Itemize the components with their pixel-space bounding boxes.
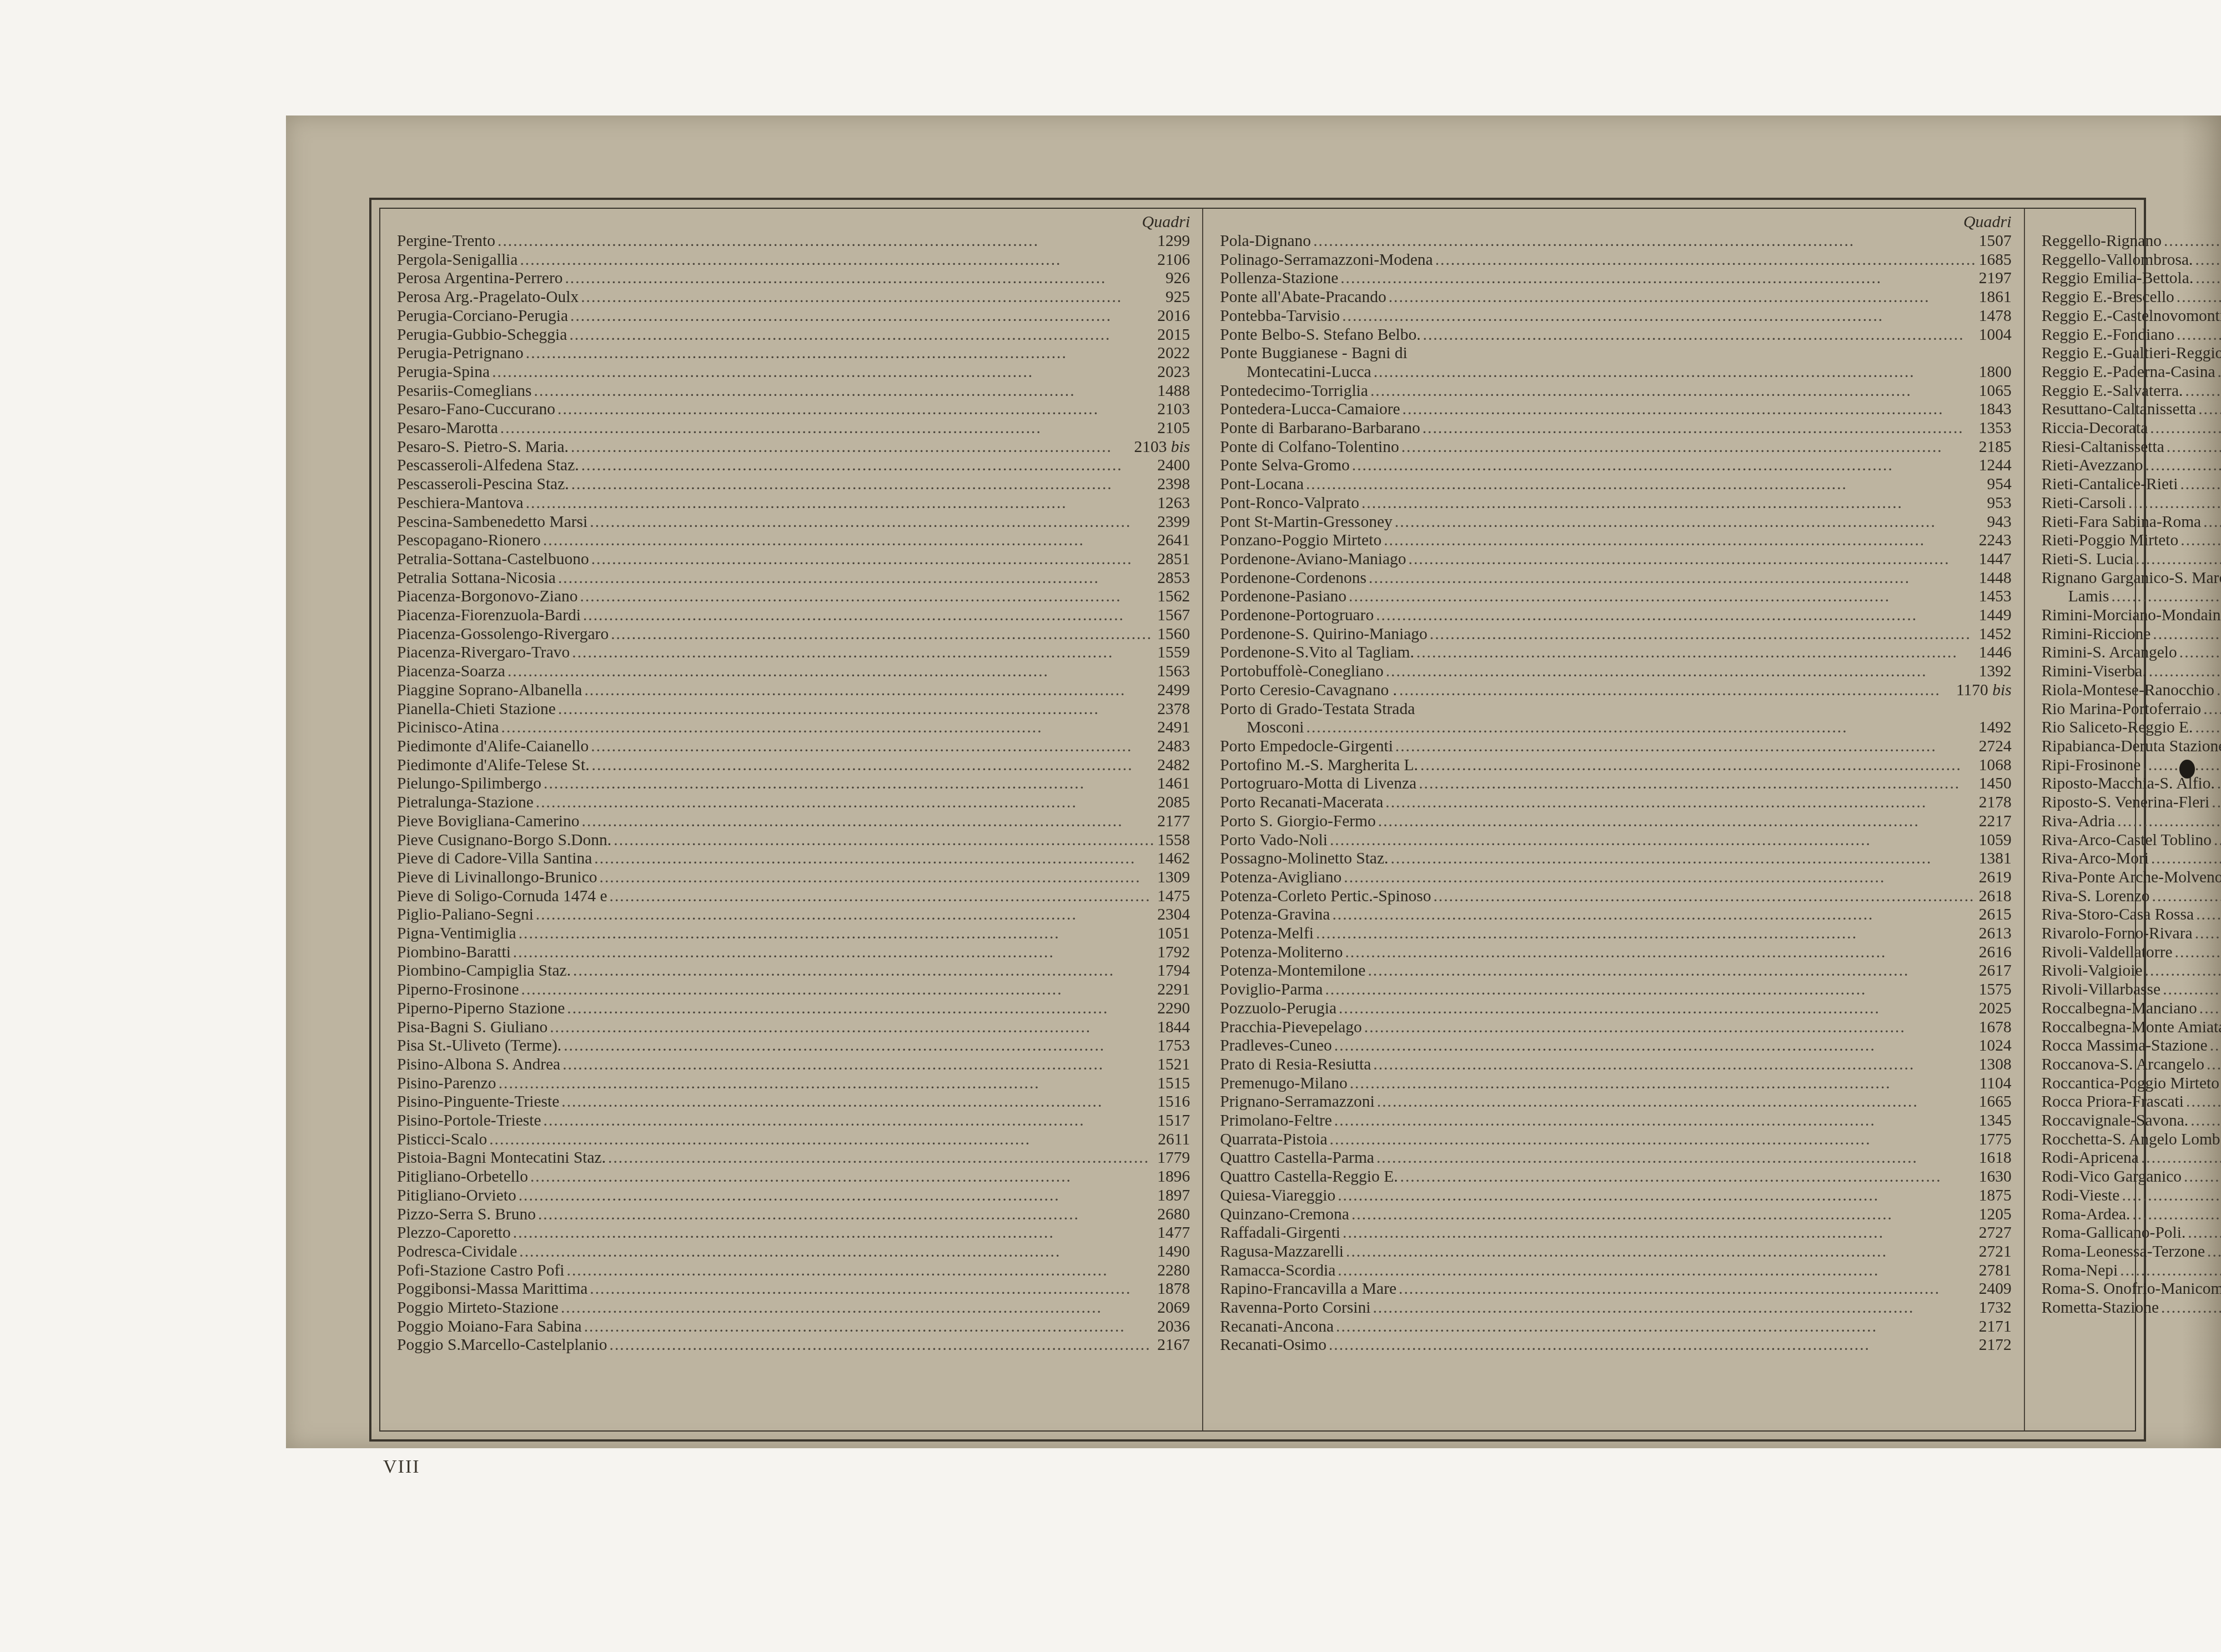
index-column-3: QuadriReggello-Rignano1773Reggello-Vallo… (2024, 209, 2221, 1430)
entry-name: Perugia-Gubbio-Scheggia (397, 326, 567, 345)
index-entry: Roccavignale-Savona.1059 (2042, 1112, 2221, 1131)
dot-leader (580, 588, 1155, 606)
entry-name: Pollenza-Stazione (1220, 269, 1338, 288)
index-entry: Potenza-Moliterno2616 (1220, 943, 2014, 962)
entry-name: Reggio E.-Salvaterra. (2042, 382, 2183, 401)
dot-leader (2188, 1224, 2221, 1243)
index-column-1: QuadriPergine-Trento1299Pergola-Senigall… (380, 209, 1202, 1430)
index-entry: Roma-Ardea.2248 (2042, 1206, 2221, 1224)
index-entry: Rieti-Carsoli2079 (2042, 494, 2221, 513)
entry-name: Reggio E.-Brescello (2042, 288, 2174, 307)
entry-name: Perugia-Corciano-Perugia (397, 307, 568, 326)
dot-leader (2117, 812, 2221, 831)
table-number: 2491 (1157, 719, 1193, 737)
dot-leader (608, 1149, 1155, 1168)
dot-leader (2203, 700, 2221, 719)
dot-leader (2149, 662, 2221, 681)
entry-name: Porto Ceresio-Cavagnano . (1220, 681, 1397, 700)
dot-leader (573, 962, 1155, 981)
index-entry: Rieti-S. Lucia2075 (2042, 550, 2221, 569)
entry-name: Picinisco-Atina (397, 719, 499, 737)
index-entry: Pieve di Soligo-Cornuda 1474 e1475 (397, 887, 1193, 906)
table-number: 2781 (1979, 1262, 2015, 1281)
dot-leader (2179, 644, 2221, 662)
table-number: 1004 (1979, 326, 2015, 345)
index-entry: Reggio E.-Salvaterra.1632 bis (2042, 382, 2221, 401)
table-number: 1051 (1157, 925, 1193, 943)
index-entry: Pont-Locana954 (1220, 475, 2014, 494)
table-number: 1263 (1157, 494, 1193, 513)
index-entry: Pizzo-Serra S. Bruno2680 (397, 1206, 1193, 1224)
table-number: 1567 (1157, 606, 1193, 625)
index-entry: Rieti-Avezzano2078 (2042, 456, 2221, 475)
dot-leader (2128, 494, 2221, 513)
entry-name: Pordenone-Cordenons (1220, 569, 1366, 588)
entry-name: Ponte Buggianese - Bagni di (1220, 344, 1408, 363)
index-entry: Poggio Moiano-Fara Sabina2036 (397, 1318, 1193, 1337)
dot-leader (561, 1093, 1155, 1112)
index-entry: Potenza-Avigliano2619 (1220, 868, 2014, 887)
dot-leader (1395, 737, 1977, 756)
entry-name: Rocchetta-S. Angelo Lomb. (2042, 1131, 2221, 1149)
table-number: 1678 (1979, 1018, 2015, 1037)
entry-name: Mosconi (1247, 719, 1304, 737)
dot-leader (583, 606, 1155, 625)
entry-name: Riesi-Caltanissetta (2042, 438, 2164, 457)
dot-leader (1332, 906, 1976, 925)
entry-name: Recanati-Osimo (1220, 1336, 1326, 1355)
table-number: 2499 (1157, 681, 1193, 700)
dot-leader (2184, 1168, 2221, 1187)
index-entry: Piacenza-Soarza1563 (397, 662, 1193, 681)
dot-leader (1376, 1149, 1977, 1168)
entry-name: Pola-Dignano (1220, 232, 1311, 251)
entry-name: Perosa Arg.-Pragelato-Oulx (397, 288, 579, 307)
dot-leader (519, 925, 1155, 943)
dot-leader (2163, 981, 2221, 1000)
index-entry: Piacenza-Borgonovo-Ziano1562 (397, 588, 1193, 606)
entry-name: Pesaro-S. Pietro-S. Maria. (397, 438, 569, 457)
entry-name: Riva-Ponte Arche-Molveno (2042, 868, 2221, 887)
dot-leader (513, 1224, 1155, 1243)
index-entry: Resuttano-Caltanissetta2791 (2042, 400, 2221, 419)
table-number: 1521 (1157, 1056, 1193, 1074)
index-entry: Porto Empedocle-Girgenti2724 (1220, 737, 2014, 756)
dot-leader (2185, 382, 2221, 401)
entry-name: Pielungo-Spilimbergo (397, 775, 541, 794)
dot-leader (584, 681, 1155, 700)
dot-leader (594, 850, 1155, 868)
index-entry: Pietralunga-Stazione2085 (397, 794, 1193, 812)
entry-name: Quattro Castella-Reggio E. (1220, 1168, 1398, 1187)
dot-leader (1334, 1037, 1977, 1056)
entry-name: Ripabianca-Deruta Stazione (2042, 737, 2221, 756)
dot-leader (1342, 307, 1977, 326)
entry-name: Roccantica-Poggio Mirteto (2042, 1074, 2219, 1093)
entry-name: Reggello-Vallombrosa. (2042, 251, 2193, 270)
entry-name: Rieti-Poggio Mirteto (2042, 531, 2179, 550)
index-entry: Reggio E.-Brescello1624 (2042, 288, 2221, 307)
table-number: 1794 (1157, 962, 1193, 981)
table-number: 2172 (1979, 1336, 2015, 1355)
index-entry: Reggio E.-Paderna-Casina1622 (2042, 363, 2221, 382)
table-number: 1875 (1979, 1187, 2015, 1206)
index-entry: Pordenone-Aviano-Maniago1447 (1220, 550, 2014, 569)
dot-leader (1339, 1000, 1977, 1018)
table-number: 2398 (1157, 475, 1193, 494)
index-entry: Riva-Storo-Casa Rossa1334 (2042, 906, 2221, 925)
index-entry: Quinzano-Cremona1205 (1220, 1206, 2014, 1224)
entry-name: Rocca Massima-Stazione (2042, 1037, 2208, 1056)
table-number: 1392 (1979, 662, 2015, 681)
table-number: 1309 (1157, 868, 1193, 887)
index-entry: Pitigliano-Orbetello1896 (397, 1168, 1193, 1187)
entry-name: Roma-Ardea. (2042, 1206, 2130, 1224)
table-number: 1381 (1979, 850, 2015, 868)
index-entry: Prato di Resia-Resiutta1308 (1220, 1056, 2014, 1074)
index-entry: Quiesa-Viareggio1875 (1220, 1187, 2014, 1206)
table-number: 1299 (1157, 232, 1193, 251)
dot-leader (1349, 588, 1977, 606)
dot-leader (1374, 363, 1977, 382)
index-entry: Perugia-Gubbio-Scheggia2015 (397, 326, 1193, 345)
entry-name: Roccalbegna-Monte Amiata (2042, 1018, 2221, 1037)
index-entry: Pisino-Portole-Trieste1517 (397, 1112, 1193, 1131)
entry-name: Poggio Moiano-Fara Sabina (397, 1318, 582, 1337)
entry-name: Piperno-Piperno Stazione (397, 1000, 565, 1018)
table-number: 2615 (1979, 906, 2015, 925)
index-entry: Pieve di Cadore-Villa Santina1462 (397, 850, 1193, 868)
dot-leader (1395, 513, 1985, 532)
dot-leader (2190, 1112, 2221, 1131)
table-number: 2680 (1157, 1206, 1193, 1224)
table-number: 1844 (1157, 1018, 1193, 1037)
dot-leader (1330, 1131, 1977, 1149)
dot-leader (550, 1018, 1155, 1037)
dot-leader (2207, 1056, 2221, 1074)
index-entry: Pisticci-Scalo2611 (397, 1131, 1193, 1149)
index-entry: Portofino M.-S. Margherita L.1068 (1220, 756, 2014, 775)
dot-leader (526, 344, 1155, 363)
table-number: 2015 (1157, 326, 1193, 345)
index-entry: Primolano-Feltre1345 (1220, 1112, 2014, 1131)
index-entry: Pianella-Chieti Stazione2378 (397, 700, 1193, 719)
dot-leader (1433, 887, 1976, 906)
entry-name: Rivoli-Valgioie (2042, 962, 2143, 981)
dot-leader (610, 887, 1155, 906)
index-entry: Piperno-Piperno Stazione2290 (397, 1000, 1193, 1018)
dot-leader (507, 662, 1155, 681)
index-entry: Pieve di Livinallongo-Brunico1309 (397, 868, 1193, 887)
entry-name: Rimini-S. Arcangelo (2042, 644, 2177, 662)
index-entry: Rignano Garganico-S. Marco inLamis2552 (2042, 569, 2221, 606)
index-entry: Pollenza-Stazione2197 (1220, 269, 2014, 288)
entry-name: Reggio E.-Paderna-Casina (2042, 363, 2215, 382)
table-number: 1450 (1979, 775, 2015, 794)
table-number: 1446 (1979, 644, 2015, 662)
dot-leader (1334, 1112, 1977, 1131)
entry-name: Piacenza-Rivergaro-Travo (397, 644, 570, 662)
entry-name: Pergola-Senigallia (397, 251, 517, 270)
table-number: 943 (1987, 513, 2014, 532)
entry-name: Perosa Argentina-Perrero (397, 269, 562, 288)
entry-name: Pianella-Chieti Stazione (397, 700, 556, 719)
entry-name: Riola-Montese-Ranocchio (2042, 681, 2214, 700)
entry-name: Possagno-Molinetto Staz. (1220, 850, 1388, 868)
dot-leader (1350, 1074, 1977, 1093)
entry-name: Pieve di Livinallongo-Brunico (397, 868, 597, 887)
dot-leader (2177, 326, 2221, 345)
index-entry: Podresca-Cividale1490 (397, 1243, 1193, 1262)
table-number: 1475 (1157, 887, 1193, 906)
table-number: 2727 (1979, 1224, 2015, 1243)
index-entry: Pordenone-S.Vito al Tagliam.1446 (1220, 644, 2014, 662)
index-entry: Pistoia-Bagni Montecatini Staz.1779 (397, 1149, 1193, 1168)
dot-leader (2217, 775, 2221, 794)
table-number: 1732 (1979, 1299, 2015, 1318)
entry-name: Piglio-Paliano-Segni (397, 906, 534, 925)
index-entry: Ramacca-Scordia2781 (1220, 1262, 2014, 1281)
table-number: 2724 (1979, 737, 2015, 756)
dot-leader (2195, 719, 2221, 737)
entry-name: Pesaro-Marotta (397, 419, 498, 438)
entry-name: Rodi-Apricena (2042, 1149, 2139, 1168)
entry-name: Pistoia-Bagni Montecatini Staz. (397, 1149, 606, 1168)
index-entry: Roccantica-Poggio Mirteto2068 (2042, 1074, 2221, 1093)
index-entry: Reggello-Rignano1773 (2042, 232, 2221, 251)
dot-leader (1343, 1224, 1977, 1243)
entry-name: Riva-Arco-Mori (2042, 850, 2149, 868)
table-number: 2378 (1157, 700, 1193, 719)
dot-leader (1373, 1056, 1976, 1074)
table-number: 2290 (1157, 1000, 1193, 1018)
table-number: 2482 (1157, 756, 1193, 775)
dot-leader (1377, 1093, 1977, 1112)
entry-name: Pontedera-Lucca-Camaiore (1220, 400, 1400, 419)
dot-leader (1370, 382, 1977, 401)
index-entry: Piacenza-Fiorenzuola-Bardi1567 (397, 606, 1193, 625)
entry-name: Potenza-Gravina (1220, 906, 1330, 925)
index-entry: Rieti-Poggio Mirteto2077 (2042, 531, 2221, 550)
index-entry: Pescasseroli-Alfedena Staz.2400 (397, 456, 1193, 475)
table-number: 1478 (1979, 307, 2015, 326)
index-entry: Picinisco-Atina2491 (397, 719, 1193, 737)
entry-name: Porto di Grado-Testata Strada (1220, 700, 1415, 719)
entry-name: Plezzo-Caporetto (397, 1224, 511, 1243)
index-entry: Rocca Massima-Stazione2308 (2042, 1037, 2221, 1056)
index-entry: Reggio E.-Castelnovomonti1642 (2042, 307, 2221, 326)
table-number: 1775 (1979, 1131, 2015, 1149)
index-entry: Riccia-Decorata2436 (2042, 419, 2221, 438)
entry-name: Pont St-Martin-Gressoney (1220, 513, 1393, 532)
bis-suffix: bis (1167, 438, 1190, 456)
dot-leader (2217, 681, 2221, 700)
dot-leader (1419, 775, 1976, 794)
entry-name: Pisticci-Scalo (397, 1131, 487, 1149)
dot-leader (520, 251, 1155, 270)
table-number: 1205 (1979, 1206, 2015, 1224)
index-entry: Perosa Arg.-Pragelato-Oulx925 (397, 288, 1193, 307)
entry-name: Ponte di Colfano-Tolentino (1220, 438, 1399, 457)
entry-name: Pietralunga-Stazione (397, 794, 534, 812)
index-entry: Ponte all'Abate-Pracando1861 (1220, 288, 2014, 307)
index-entry: Piperno-Frosinone2291 (397, 981, 1193, 1000)
dot-leader (1307, 719, 1977, 737)
index-entry: Perosa Argentina-Perrero926 (397, 269, 1193, 288)
entry-name: Ponte Belbo-S. Stefano Belbo. (1220, 326, 1420, 345)
index-table-frame: QuadriPergine-Trento1299Pergola-Senigall… (369, 198, 2146, 1442)
index-entry: Pescina-Sambenedetto Marsi2399 (397, 513, 1193, 532)
entry-name: Ponte Selva-Gromo (1220, 456, 1350, 475)
entry-name: Rio Saliceto-Reggio E. (2042, 719, 2193, 737)
index-column-2: QuadriPola-Dignano1507Polinago-Serramazz… (1202, 209, 2023, 1430)
entry-name: Portofino M.-S. Margherita L. (1220, 756, 1418, 775)
entry-name: Roma-Nepi (2042, 1262, 2118, 1281)
index-entry: Pesaro-S. Pietro-S. Maria.2103 bis (397, 438, 1193, 457)
table-number: 1896 (1157, 1168, 1193, 1187)
index-entry: Rodi-Apricena2566 (2042, 1149, 2221, 1168)
dot-leader (1361, 494, 1984, 513)
entry-name: Piombino-Campiglia Staz. (397, 962, 571, 981)
entry-name: Pradleves-Cuneo (1220, 1037, 1332, 1056)
table-number: 1515 (1157, 1074, 1193, 1093)
index-entry: Piacenza-Rivergaro-Travo1559 (397, 644, 1193, 662)
entry-name: Ripi-Frosinone (2042, 756, 2141, 775)
table-number: 1447 (1979, 550, 2015, 569)
dot-leader (1368, 962, 1976, 981)
dot-leader (2145, 962, 2221, 981)
entry-name: Portogruaro-Motta di Livenza (1220, 775, 1416, 794)
index-entry: Rimini-S. Arcangelo1718 (2042, 644, 2221, 662)
index-entry: Piaggine Soprano-Albanella2499 (397, 681, 1193, 700)
entry-name: Ravenna-Porto Corsini (1220, 1299, 1370, 1318)
table-number: 1065 (1979, 382, 2015, 401)
entry-name: Ponzano-Poggio Mirteto (1220, 531, 1381, 550)
index-entry: Pisa St.-Uliveto (Terme).1753 (397, 1037, 1193, 1056)
dot-leader (1338, 1187, 1976, 1206)
dot-leader (536, 794, 1155, 812)
ink-spot (2179, 760, 2195, 779)
table-number: 2851 (1157, 550, 1193, 569)
index-entry: Pontebba-Tarvisio1478 (1220, 307, 2014, 326)
entry-name: Pisino-Albona S. Andrea (397, 1056, 560, 1074)
table-number: 1843 (1979, 400, 2015, 419)
table-number: 2197 (1979, 269, 2015, 288)
dot-leader (519, 1243, 1155, 1262)
index-entry: Potenza-Corleto Pertic.-Spinoso2618 (1220, 887, 2014, 906)
table-number: 1449 (1979, 606, 2015, 625)
table-number: 926 (1165, 269, 1193, 288)
entry-name: Roccalbegna-Manciano (2042, 1000, 2197, 1018)
entry-name: Petralia-Sottana-Castelbuono (397, 550, 589, 569)
index-entry: Ragusa-Mazzarelli2721 (1220, 1243, 2014, 1262)
index-entry: Porto Ceresio-Cavagnano .1170 bis (1220, 681, 2014, 700)
entry-name: Roma-S. Onofrio-Manicomio . (2042, 1280, 2221, 1299)
table-number: 1861 (1979, 288, 2015, 307)
entry-name: Rieti-Fara Sabina-Roma (2042, 513, 2202, 532)
entry-name: Rieti-Cantalice-Rieti (2042, 475, 2178, 494)
dot-leader (572, 644, 1155, 662)
dot-leader (614, 831, 1155, 850)
entry-name: Rodi-Vico Garganico (2042, 1168, 2182, 1187)
index-entry: Quattro Castella-Parma1618 (1220, 1149, 2014, 1168)
index-entry: Roma-Leonessa-Terzone2332 (2042, 1243, 2221, 1262)
index-entry: Perugia-Petrignano2022 (397, 344, 1193, 363)
dot-leader (571, 475, 1155, 494)
table-number: 953 (1987, 494, 2014, 513)
entry-name: Pont-Locana (1220, 475, 1304, 494)
table-number: 2399 (1157, 513, 1193, 532)
index-entry: Piedimonte d'Alife-Telese St.2482 (397, 756, 1193, 775)
index-entry: Ponte Buggianese - Bagni diMontecatini-L… (1220, 344, 2014, 381)
table-number: 1244 (1979, 456, 2015, 475)
dot-leader (2203, 513, 2221, 532)
index-entry: Potenza-Gravina2615 (1220, 906, 2014, 925)
dot-leader (1338, 1262, 1976, 1281)
table-number: 1488 (1157, 382, 1193, 401)
dot-leader (591, 550, 1155, 569)
table-number: 1618 (1979, 1149, 2015, 1168)
table-number: 2016 (1157, 307, 1193, 326)
dot-leader (565, 269, 1163, 288)
table-number: 1792 (1157, 943, 1193, 962)
index-entry: Pisa-Bagni S. Giuliano1844 (397, 1018, 1193, 1037)
table-number: 1353 (1979, 419, 2015, 438)
index-entry: Ripabianca-Deruta Stazione2023 bis (2042, 737, 2221, 756)
dot-leader (2132, 1206, 2221, 1224)
index-entry: Pescasseroli-Pescina Staz.2398 (397, 475, 1193, 494)
entry-name: Roccavignale-Savona. (2042, 1112, 2189, 1131)
dot-leader (1364, 1018, 1977, 1037)
entry-name: Rio Marina-Portoferraio (2042, 700, 2202, 719)
table-number: 2085 (1157, 794, 1193, 812)
entry-name: Portobuffolè-Conegliano (1220, 662, 1383, 681)
entry-name: Petralia Sottana-Nicosia (397, 569, 556, 588)
index-entry: Riposto-S. Venerina-Fleri2779 (2042, 794, 2221, 812)
table-number: 1462 (1157, 850, 1193, 868)
table-number: 2177 (1157, 812, 1193, 831)
index-entry: Roma-Gallicano-Poli.2256 (2042, 1224, 2221, 1243)
entry-name: Rivoli-Valdellatorre (2042, 943, 2173, 962)
dot-leader (2214, 831, 2221, 850)
entry-name: Ponte all'Abate-Pracando (1220, 288, 1386, 307)
index-entry: Pesariis-Comeglians1488 (397, 382, 1193, 401)
table-number: 1507 (1979, 232, 2015, 251)
dot-leader (590, 513, 1155, 532)
table-number: 2483 (1157, 737, 1193, 756)
table-number: 1461 (1157, 775, 1193, 794)
entry-name: Piombino-Baratti (397, 943, 511, 962)
index-entry: Riposto-Macchia-S. Alfio.2780 (2042, 775, 2221, 794)
entry-name: Poggio S.Marcello-Castelplanio (397, 1336, 607, 1355)
table-number: 2721 (1979, 1243, 2015, 1262)
column-header: Quadri (2042, 212, 2221, 232)
dot-leader (1384, 531, 1976, 550)
dot-leader (1352, 456, 1977, 475)
index-entry: Rimini-Morciano-Mondaino1720 (2042, 606, 2221, 625)
index-entry: Rio Marina-Portoferraio1870 (2042, 700, 2221, 719)
entry-name: Rimini-Viserba. (2042, 662, 2147, 681)
index-entry: Pergola-Senigallia2106 (397, 251, 1193, 270)
dot-leader (1325, 981, 1976, 1000)
table-number: 1560 (1157, 625, 1193, 644)
index-entry: Prignano-Serramazzoni1665 (1220, 1093, 2014, 1112)
dot-leader (611, 625, 1155, 644)
table-number: 2103 bis (1134, 438, 1193, 457)
index-entry: Ponte di Barbarano-Barbarano1353 (1220, 419, 2014, 438)
entry-name: Piaggine Soprano-Albanella (397, 681, 582, 700)
dot-leader (501, 719, 1155, 737)
